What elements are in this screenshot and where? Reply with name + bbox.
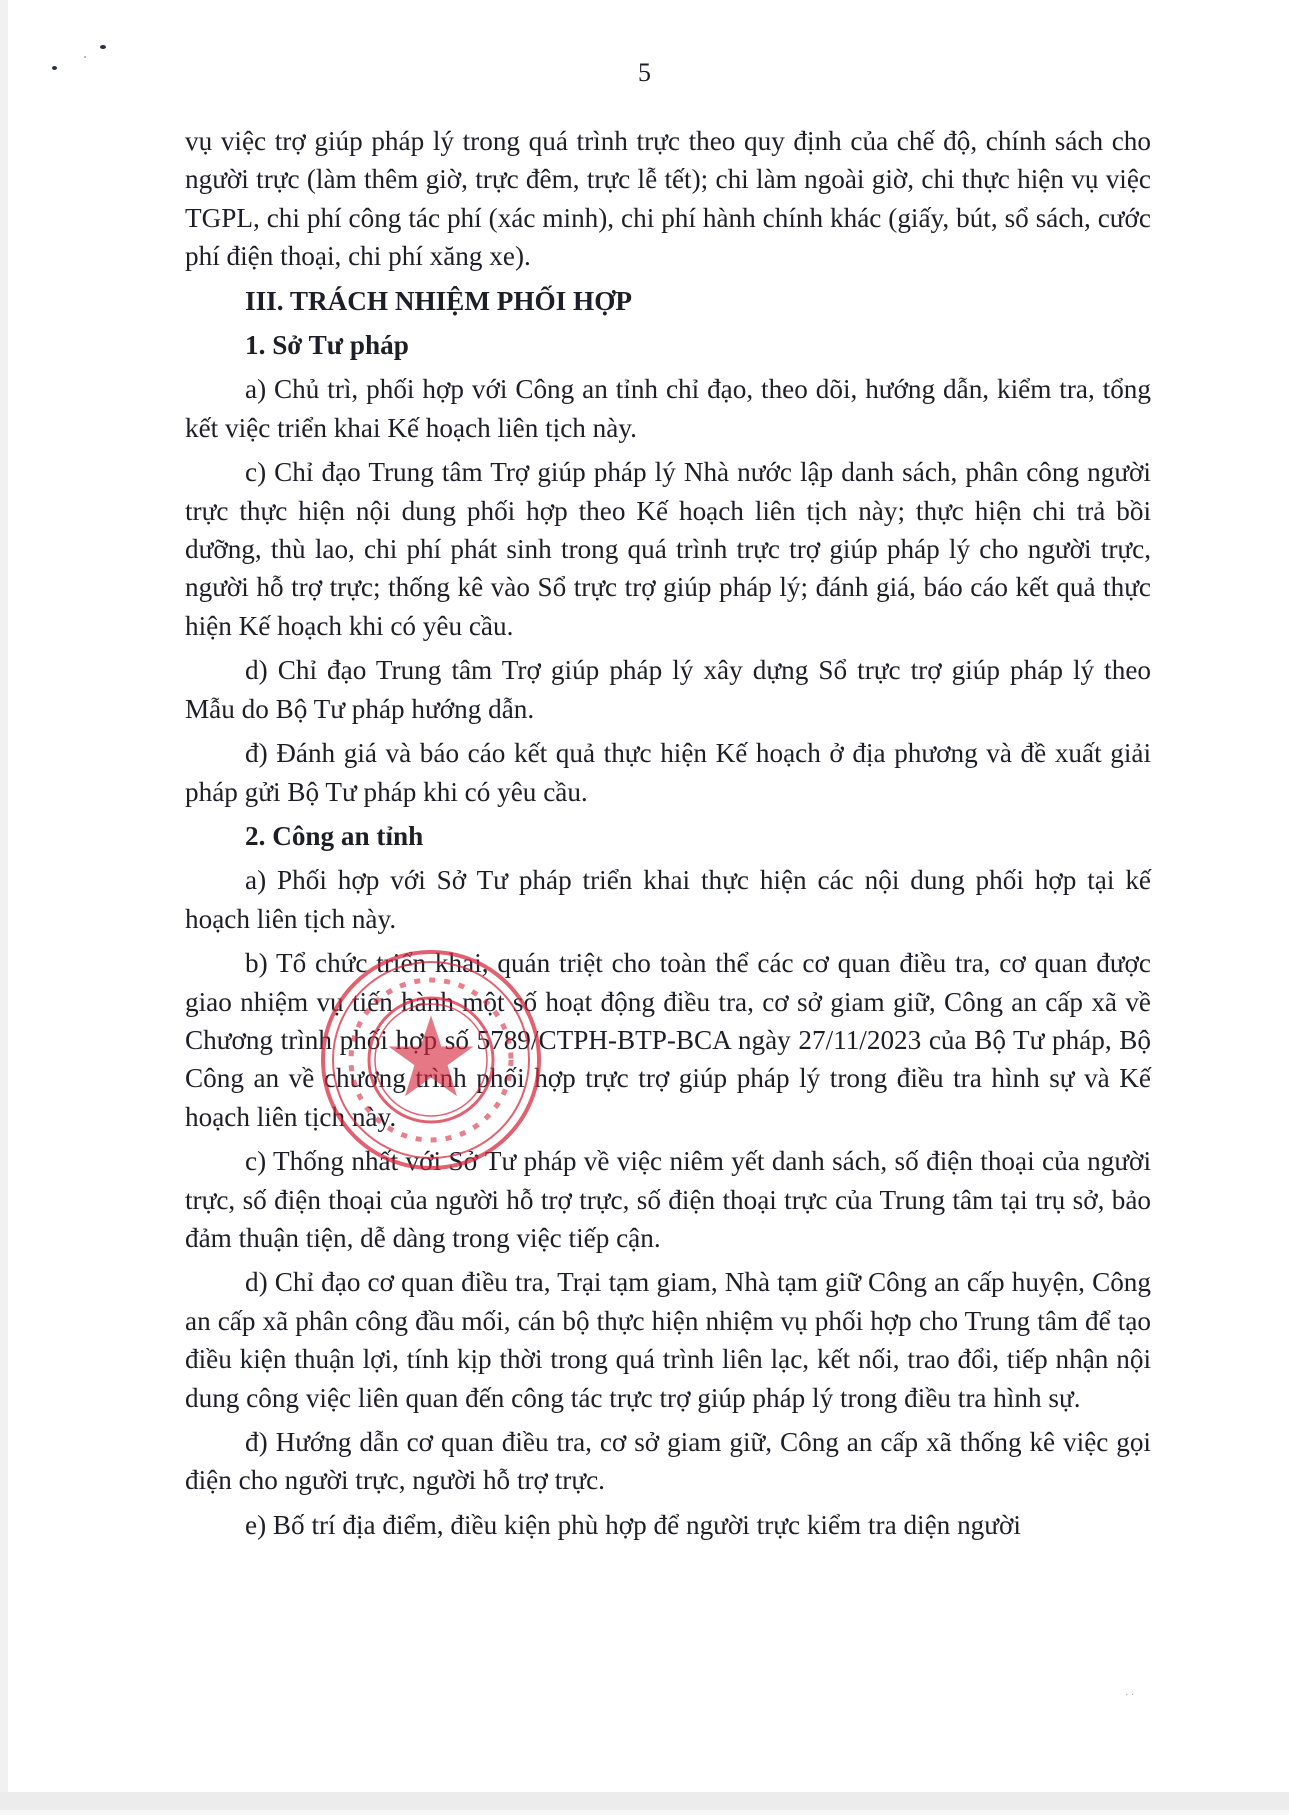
scan-left-edge [0, 0, 8, 1815]
paragraph: vụ việc trợ giúp pháp lý trong quá trình… [185, 122, 1151, 276]
paragraph: d) Chỉ đạo cơ quan điều tra, Trại tạm gi… [185, 1263, 1151, 1417]
paragraph: c) Chỉ đạo Trung tâm Trợ giúp pháp lý Nh… [185, 453, 1151, 645]
scan-speck [100, 45, 106, 49]
page-number: 5 [0, 58, 1289, 88]
scan-bottom-edge [0, 1792, 1289, 1815]
paragraph: e) Bố trí địa điểm, điều kiện phù hợp để… [185, 1506, 1151, 1544]
document-body: vụ việc trợ giúp pháp lý trong quá trình… [185, 122, 1151, 1550]
paragraph: a) Chủ trì, phối hợp với Công an tỉnh ch… [185, 370, 1151, 447]
paragraph: b) Tổ chức triển khai, quán triệt cho to… [185, 944, 1151, 1136]
paragraph: a) Phối hợp với Sở Tư pháp triển khai th… [185, 861, 1151, 938]
paragraph: c) Thống nhất với Sở Tư pháp về việc niê… [185, 1142, 1151, 1257]
paragraph: đ) Đánh giá và báo cáo kết quả thực hiện… [185, 734, 1151, 811]
paragraph: đ) Hướng dẫn cơ quan điều tra, cơ sở gia… [185, 1423, 1151, 1500]
section-heading: III. TRÁCH NHIỆM PHỐI HỢP [185, 282, 1151, 320]
scan-mark: · · [1125, 1690, 1134, 1701]
section-heading: 2. Công an tỉnh [185, 817, 1151, 855]
section-heading: 1. Sở Tư pháp [185, 326, 1151, 364]
paragraph: d) Chỉ đạo Trung tâm Trợ giúp pháp lý xâ… [185, 651, 1151, 728]
